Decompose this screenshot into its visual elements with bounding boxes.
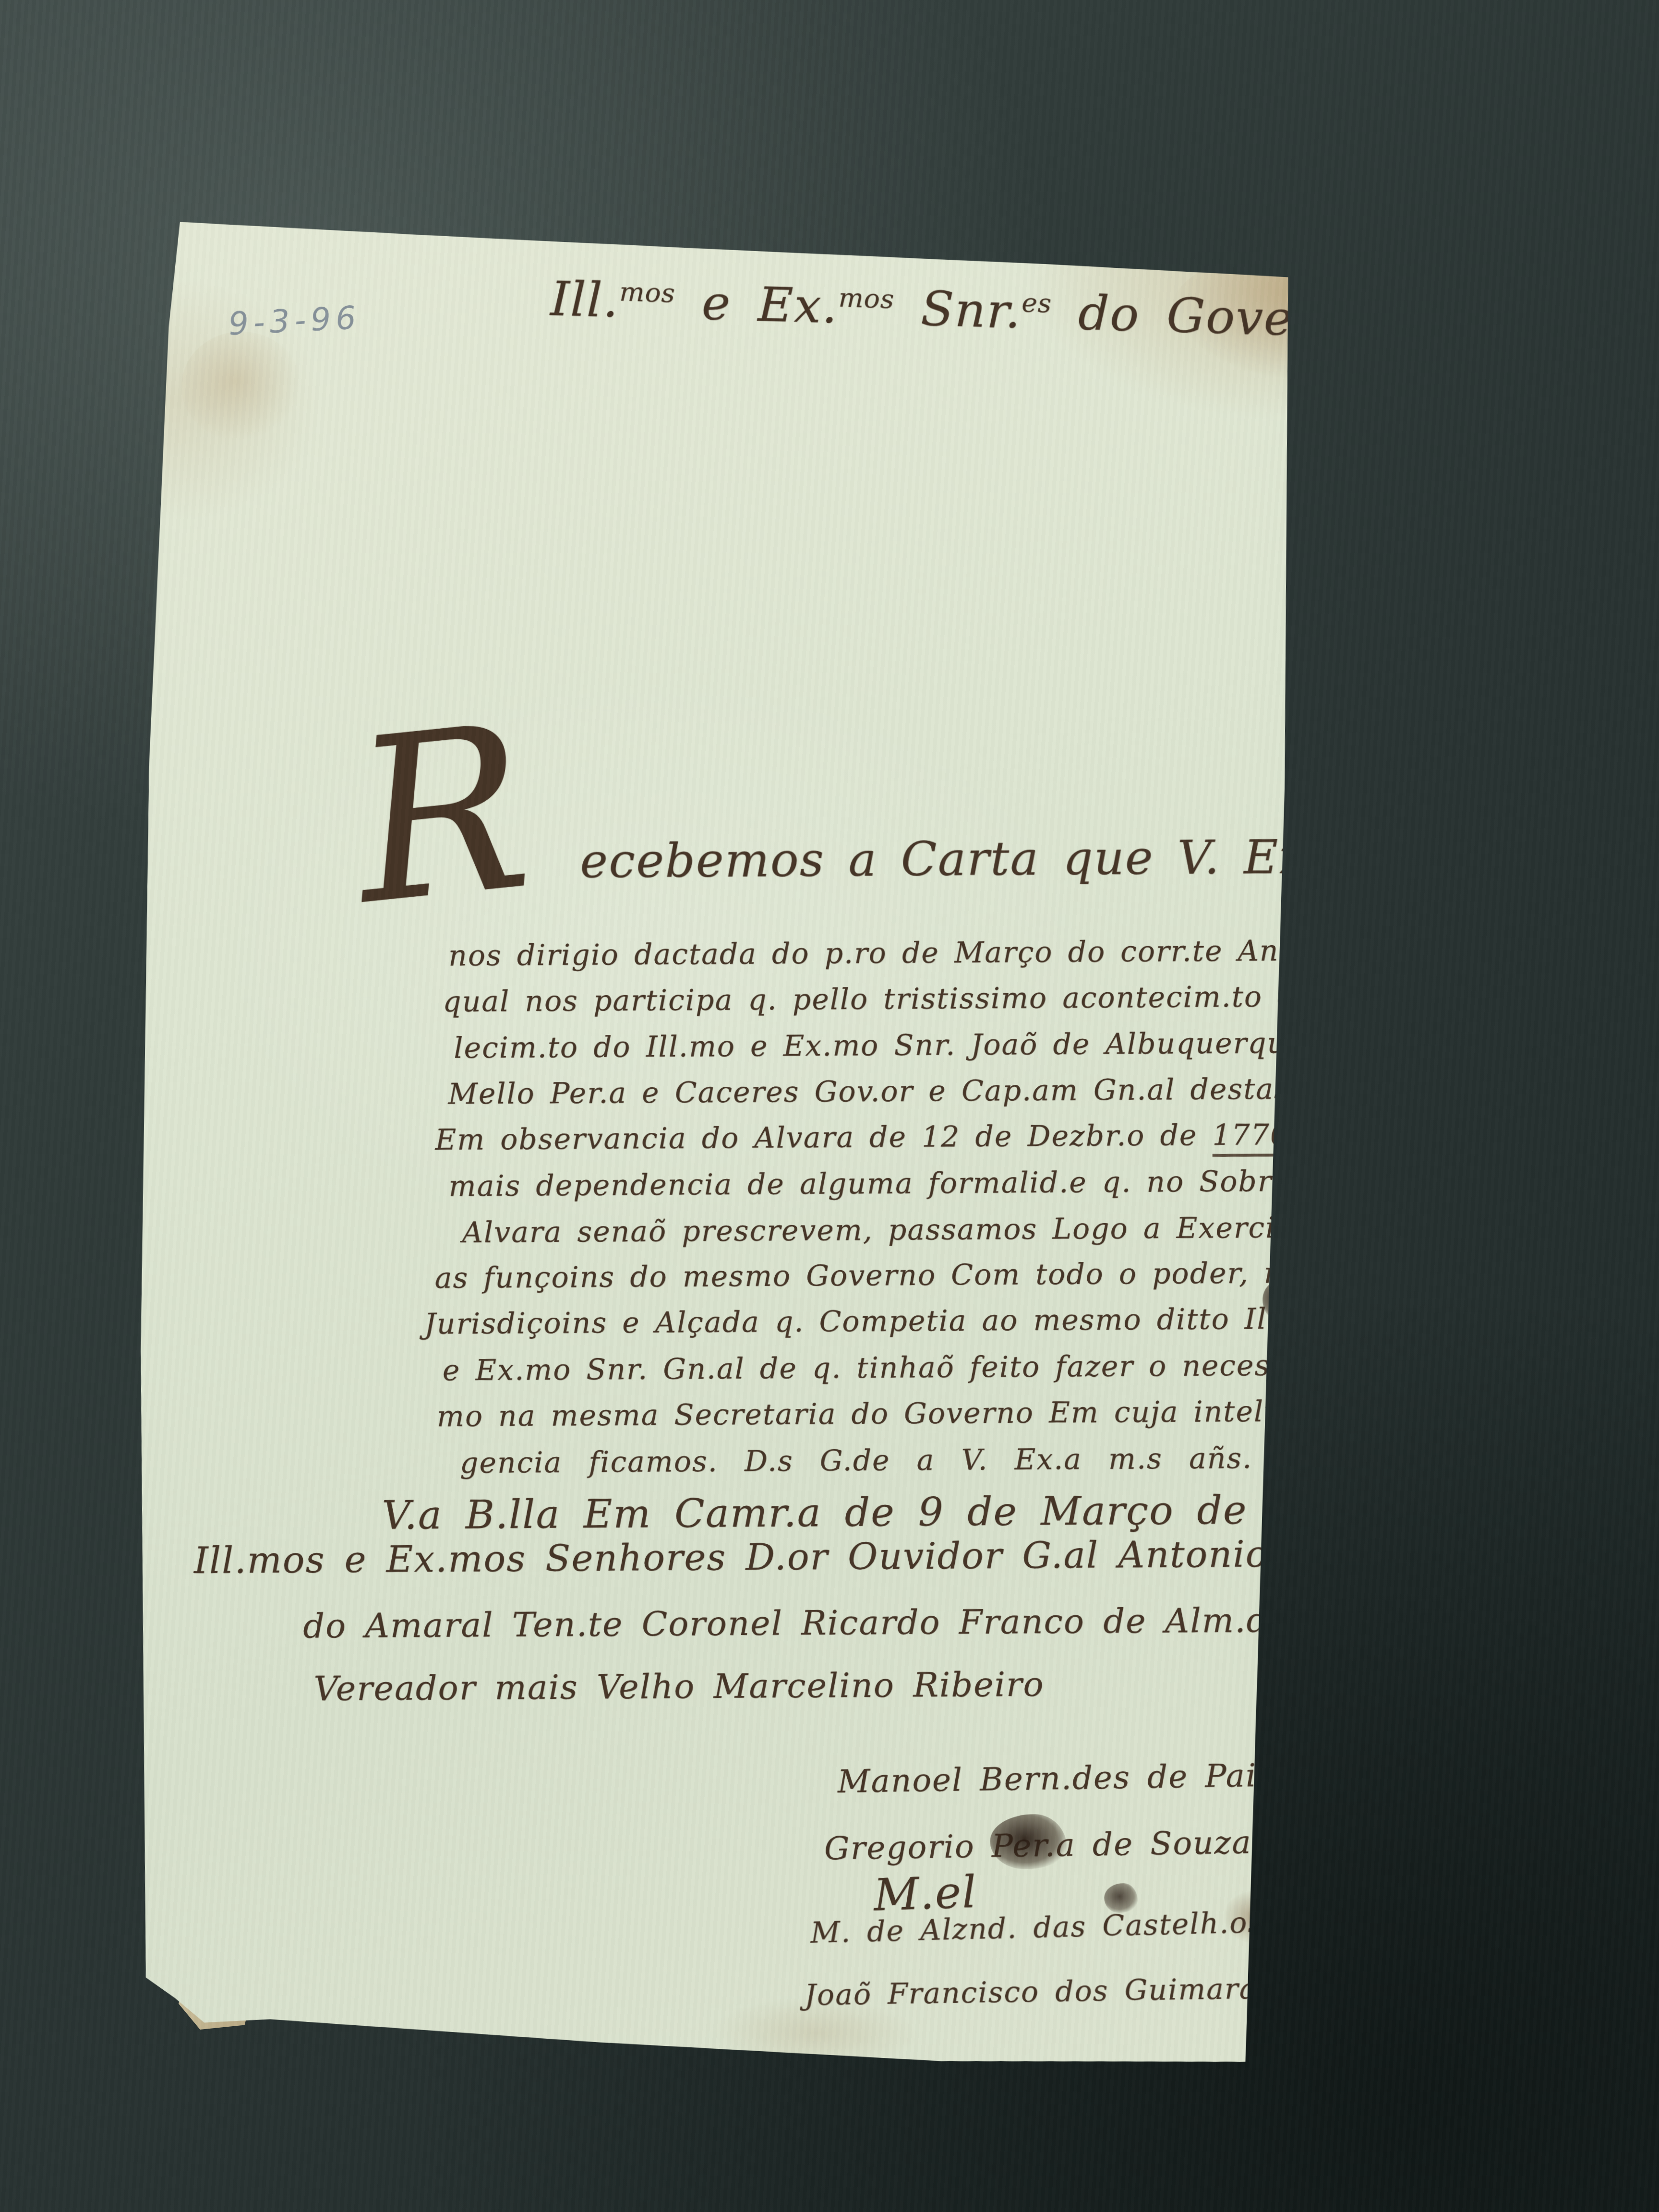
address-line-1: Ill.mos e Ex.mos Senhores D.or Ouvidor G… [194, 1531, 1450, 1582]
body-line-06-text: sem [1289, 1118, 1367, 1152]
ink-blot-rubric [1104, 1883, 1138, 1913]
salutation-text: do Governo [1051, 284, 1380, 349]
body-line-02: nos dirigio dactada do p.ro de Março do … [448, 934, 1370, 973]
body-line-12: mo na mesma Secretaria do Governo Em cuj… [437, 1395, 1299, 1433]
body-line-07: mais dependencia de alguma formalid.e q.… [448, 1164, 1363, 1203]
body-line-13: gencia ficamos. D.s G.de a V. Ex.a m.s a… [460, 1442, 1253, 1480]
signature-4: Joaõ Francisco dos Guimaraens [804, 1971, 1310, 2012]
photograph-background: 9-3-96 Ill.mos e Ex.mos Snr.es do Govern… [0, 0, 1659, 2212]
body-line-05: Mello Per.a e Caceres Gov.or e Cap.am Gn… [448, 1071, 1422, 1111]
body-line-11: e Ex.mo Snr. Gn.al de q. tinhaõ feito fa… [443, 1348, 1433, 1388]
salutation-text: Ill. [550, 270, 620, 328]
salutation-line: Ill.mos e Ex.mos Snr.es do Governo [550, 270, 1380, 349]
salutation-text: Snr. [893, 280, 1022, 339]
address-line-3: Vereador mais Velho Marcelino Ribeiro [313, 1665, 1044, 1708]
salutation-superscript: es [1022, 287, 1052, 319]
body-line-06: Em observancia do Alvara de 12 de Dezbr.… [435, 1118, 1366, 1157]
signature-1: Manoel Bern.des de Paiz [837, 1757, 1274, 1800]
dateline: V.a B.lla Em Camr.a de 9 de Março de 179… [382, 1487, 1375, 1539]
ink-blot-signature [989, 1813, 1067, 1870]
body-line-04: lecim.to do Ill.mo e Ex.mo Snr. Joaõ de … [454, 1026, 1357, 1065]
salutation-text: e Ex. [674, 274, 839, 334]
body-line-09: as funçoins do mesmo Governo Com todo o … [435, 1256, 1378, 1295]
body-line-08: Alvara senaõ prescrevem, passamos Logo a… [462, 1211, 1321, 1250]
opening-line: ecebemos a Carta que V. Ex.a [580, 829, 1352, 889]
opening-initial-flourish: R [346, 695, 538, 937]
body-line-06-text: Em observancia do Alvara de 12 de Dezbr.… [435, 1118, 1212, 1157]
address-line-2: do Amaral Ten.te Coronel Ricardo Franco … [303, 1600, 1408, 1646]
stain-top-left [180, 330, 303, 443]
body-line-10: Jurisdiçoins e Alçada q. Competia ao mes… [424, 1302, 1334, 1341]
salutation-superscript: mos [619, 276, 676, 308]
dateline-text: V.a B.lla Em Camr.a de 9 de Março de [382, 1488, 1271, 1539]
underlined-year-1796: 1796 [1270, 1487, 1374, 1538]
salutation-superscript: mos [838, 282, 895, 314]
body-line-03: qual nos participa q. pello tristissimo … [443, 979, 1385, 1019]
underlined-year-1770: 1770 [1212, 1118, 1289, 1157]
manuscript-paper: 9-3-96 Ill.mos e Ex.mos Snr.es do Govern… [121, 217, 1297, 2069]
pencil-archival-date: 9-3-96 [228, 299, 361, 343]
